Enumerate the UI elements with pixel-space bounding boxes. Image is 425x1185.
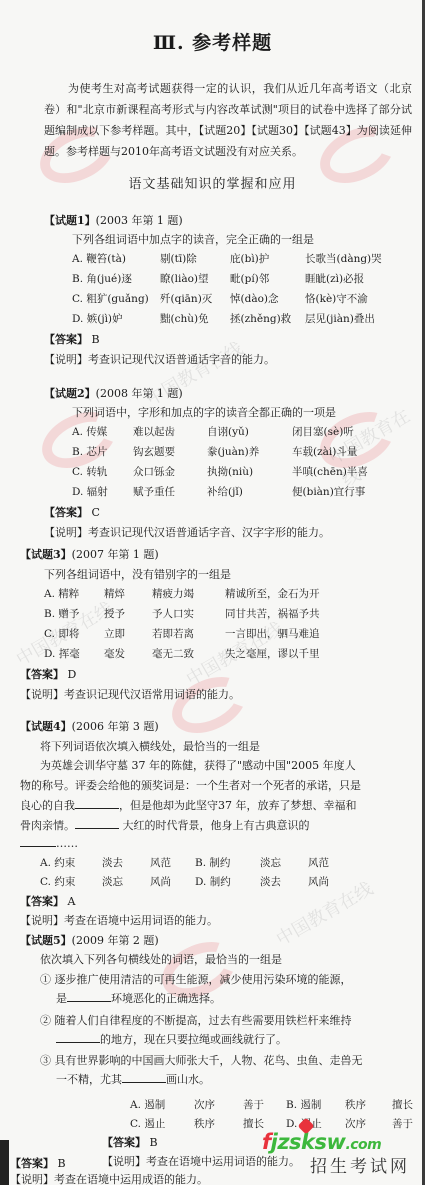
fill-blank — [20, 836, 56, 847]
question-1-stem: 下列各组词语中加点字的读音，完全正确的一组是 — [72, 231, 314, 247]
fill-blank — [75, 798, 119, 809]
question-3-stem: 下列各组词语中，没有错别字的一组是 — [44, 566, 231, 582]
question-4-header: 【试题4】(2006 年第 3 题) — [20, 718, 159, 734]
fill-blank — [122, 1072, 166, 1083]
fill-blank — [75, 818, 119, 829]
brand-url: fjzsksw.com — [262, 1130, 422, 1154]
question-3-explain: 【说明】考查识记现代汉语常用词语的能力。 — [20, 686, 240, 702]
fill-blank — [56, 1032, 100, 1043]
question-2-header: 【试题2】(2008 年第 1 题) — [44, 385, 183, 401]
question-5-answer: 【答案】 B — [102, 1134, 158, 1150]
question-3-header: 【试题3】(2007 年第 1 题) — [20, 546, 159, 562]
page-title: Ⅲ. 参考样题 — [0, 28, 425, 55]
question-1-header: 【试题1】(2003 年第 1 题) — [44, 212, 183, 228]
eol-watermark-logo — [163, 666, 255, 744]
question-2-stem: 下列词语中，字形和加点的字的读音全都正确的一项是 — [72, 404, 336, 420]
question-1-answer: 【答案】 B — [44, 331, 100, 347]
document-page: 中国教育在线 中国教育在线 中国教育在线 中国教育在线 中国教育在线 Ⅲ. 参考… — [0, 0, 425, 1185]
question-4-explain: 【说明】考查在语境中运用词语的能力。 — [20, 912, 218, 928]
question-5-header: 【试题5】(2009 年第 2 题) — [20, 932, 159, 948]
question-1-explain: 【说明】考查识记现代汉语普通话字音的能力。 — [44, 351, 275, 367]
question-4-answer: 【答案】 A — [20, 893, 75, 909]
question-2-answer: 【答案】 C — [44, 504, 100, 520]
question-2-explain: 【说明】考查识记现代汉语普通话字音、汉字字形的能力。 — [44, 524, 330, 540]
brand-name: 招生考试网 — [310, 1152, 422, 1177]
scan-mark — [0, 1140, 9, 1185]
intro-paragraph: 为使考生对高考试题获得一定的认识，我们从近几年高考语文（北京卷）和"北京市新课程… — [44, 78, 412, 162]
trailing-explain: 【说明】考查在语境中运用成语的能力。 — [10, 1171, 208, 1185]
fill-blank — [67, 991, 111, 1002]
question-3-answer: 【答案】 D — [20, 666, 76, 682]
section-heading: 语文基础知识的掌握和应用 — [0, 173, 425, 192]
question-4-stem: 将下列词语依次填入横线处，最恰当的一组是 — [40, 738, 260, 754]
brand-watermark: fjzsksw.com 招生考试网 — [262, 1130, 422, 1177]
trailing-answer: 【答案】 B — [10, 1155, 66, 1171]
question-5-stem: 依次填入下列各句横线处的词语，最恰当的一组是 — [40, 951, 282, 967]
